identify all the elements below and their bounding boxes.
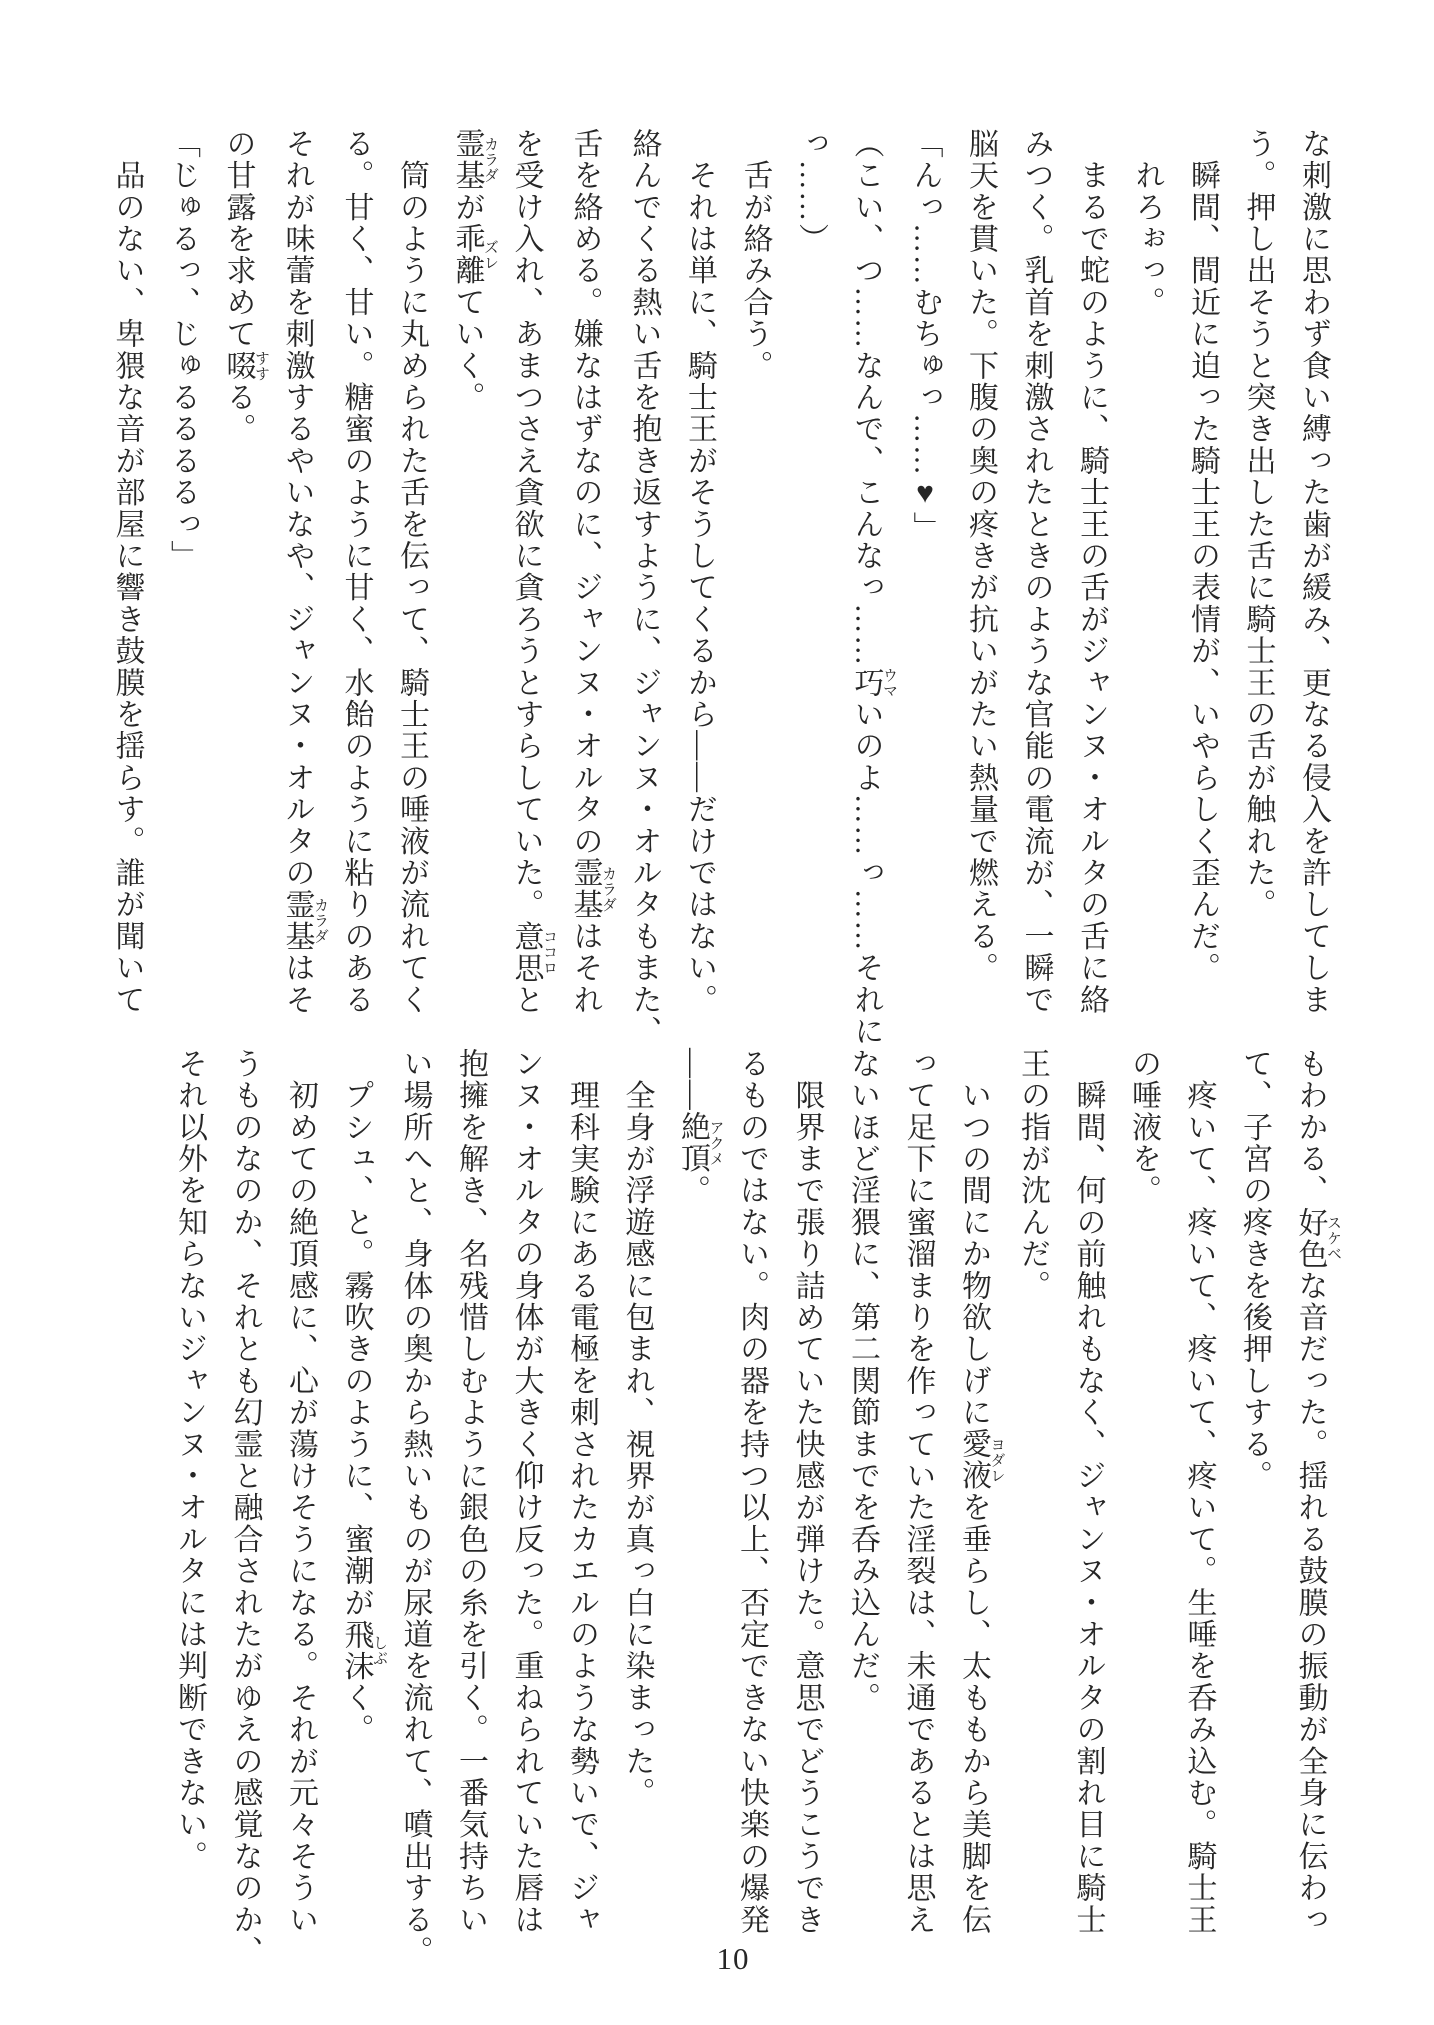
text-column-top-13: 絡んでくる熱い舌を抱き返すように、ジャンヌ・オルタもまた、 <box>616 128 672 1016</box>
text-column-top-7: 脳天を貫いた。下腹の奥の疼きが抗いがたい熱量で燃える。 <box>953 128 1009 1016</box>
text-column-bottom-5: 瞬間、何の前触れもなく、ジャンヌ・オルタの割れ目に騎士 <box>1060 1048 1116 1936</box>
text-column-top-2: う。押し出そうと突き出した舌に騎士王の舌が触れた。 <box>1230 128 1286 1016</box>
text-column-bottom-10: 限界まで張り詰めていた快感が弾けた。意思でどうこうでき <box>779 1048 835 1936</box>
text-column-top-11: 舌が絡み合う。 <box>727 128 783 1016</box>
text-column-top-12: それは単に、騎士王がそうしてくるから――だけではない。 <box>672 128 728 1016</box>
furigana-ruby: 愛液ヨダレ <box>957 1428 990 1491</box>
furigana-ruby: 好色スケベ <box>1294 1207 1327 1270</box>
text-column-bottom-17: い場所へと、身体の奥から熱いものが尿道を流れて、噴出する。 <box>387 1048 443 1936</box>
furigana-ruby: 乖離ズレ <box>451 223 484 286</box>
text-column-top-20: の甘露を求めて啜すする。 <box>210 128 269 1016</box>
text-column-bottom-3: 疼いて、疼いて、疼いて、疼いて。生唾を呑み込む。騎士王 <box>1171 1048 1227 1936</box>
furigana-ruby: 霊基カラダ <box>281 889 314 952</box>
text-column-top-1: な刺激に思わず食い縛った歯が緩み、更なる侵入を許してしま <box>1286 128 1342 1016</box>
text-column-top-3: 瞬間、間近に迫った騎士王の表情が、いやらしく歪んだ。 <box>1175 128 1231 1016</box>
furigana-ruby: 飛沫しぶ <box>340 1619 373 1682</box>
furigana-ruby: 絶頂アクメ <box>676 1111 709 1174</box>
furigana-ruby: 意思ココロ <box>510 921 543 984</box>
text-column-top-15: を受け入れ、あまつさえ貪欲に貪ろうとすらしていた。意思ココロと <box>498 128 557 1016</box>
furigana-ruby: 霊基カラダ <box>569 857 602 920</box>
text-column-bottom-20: うものなのか、それとも幻霊と融合されたがゆえの感覚なのか、 <box>217 1048 273 1936</box>
furigana-ruby: 巧ウマ <box>850 667 883 699</box>
text-column-bottom-1: もわかる、好色スケベな音だった。揺れる鼓膜の振動が全身に伝わっ <box>1282 1048 1341 1936</box>
text-column-top-22: 品のない、卑猥な音が部屋に響き鼓膜を揺らす。誰が聞いて <box>99 128 155 1016</box>
text-column-bottom-7: いつの間にか物欲しげに愛液ヨダレを垂らし、太ももから美脚を伝 <box>946 1048 1005 1936</box>
text-column-top-21: 「じゅるっ、じゅるるるるっ」 <box>155 128 211 1016</box>
furigana-ruby: 啜すす <box>222 350 255 382</box>
furigana-ruby: 霊基カラダ <box>451 128 484 191</box>
text-column-top-10: っ……） <box>783 128 839 1016</box>
text-column-bottom-2: て、子宮の疼きを後押しする。 <box>1227 1048 1283 1936</box>
text-column-top-17: 筒のように丸められた舌を伝って、騎士王の唾液が流れてく <box>384 128 440 1016</box>
page-number: 10 <box>683 1941 783 1977</box>
novel-page: な刺激に思わず食い縛った歯が緩み、更なる侵入を許してしまう。押し出そうと突き出し… <box>0 0 1434 2025</box>
text-column-top-16: 霊基カラダが乖離ズレていく。 <box>439 128 498 1016</box>
text-column-bottom-15: ンヌ・オルタの身体が大きく仰け反った。重ねられていた唇は <box>498 1048 554 1936</box>
text-block-top: な刺激に思わず食い縛った歯が緩み、更なる侵入を許してしまう。押し出そうと突き出し… <box>99 128 1341 1016</box>
text-column-top-4: れろぉっ。 <box>1119 128 1175 1016</box>
text-column-top-19: それが味蕾を刺激するやいなや、ジャンヌ・オルタの霊基カラダはそ <box>269 128 328 1016</box>
text-column-top-18: る。甘く、甘い。糖蜜のように甘く、水飴のように粘りのある <box>328 128 384 1016</box>
text-column-bottom-14: 理科実験にある電極を刺されたカエルのような勢いで、ジャ <box>554 1048 610 1936</box>
text-column-bottom-21: それ以外を知らないジャンヌ・オルタには判断できない。 <box>162 1048 218 1936</box>
text-column-bottom-16: 抱擁を解き、名残惜しむように銀色の糸を引く。一番気持ちい <box>443 1048 499 1936</box>
text-column-bottom-19: 初めての絶頂感に、心が蕩けそうになる。それが元々そうい <box>273 1048 329 1936</box>
text-column-bottom-6: 王の指が沈んだ。 <box>1005 1048 1061 1936</box>
text-column-top-14: 舌を絡める。嫌なはずなのに、ジャンヌ・オルタの霊基カラダはそれ <box>557 128 616 1016</box>
text-block-bottom: もわかる、好色スケベな音だった。揺れる鼓膜の振動が全身に伝わって、子宮の疼きを後… <box>162 1048 1342 1936</box>
text-column-top-8: 「んっ……むちゅっ……♥」 <box>897 128 953 1016</box>
text-column-bottom-11: るものではない。肉の器を持つ以上、否定できない快楽の爆発 <box>724 1048 780 1936</box>
text-column-bottom-18: プシュ、と。霧吹きのように、蜜潮が飛沫しぶく。 <box>328 1048 387 1936</box>
text-column-bottom-12: ――絶頂アクメ。 <box>665 1048 724 1936</box>
text-column-top-6: みつく。乳首を刺激されたときのような官能の電流が、一瞬で <box>1008 128 1064 1016</box>
text-column-bottom-13: 全身が浮遊感に包まれ、視界が真っ白に染まった。 <box>609 1048 665 1936</box>
text-column-top-9: （こい、つ……なんで、こんなっ……巧ウマいのよ……っ……それに <box>838 128 897 1016</box>
text-column-bottom-8: って足下に蜜溜まりを作っていた淫裂は、未通であるとは思え <box>890 1048 946 1936</box>
text-column-bottom-4: の唾液を。 <box>1116 1048 1172 1936</box>
text-column-top-5: まるで蛇のように、騎士王の舌がジャンヌ・オルタの舌に絡 <box>1064 128 1120 1016</box>
text-column-bottom-9: ないほど淫猥に、第二関節までを呑み込んだ。 <box>835 1048 891 1936</box>
